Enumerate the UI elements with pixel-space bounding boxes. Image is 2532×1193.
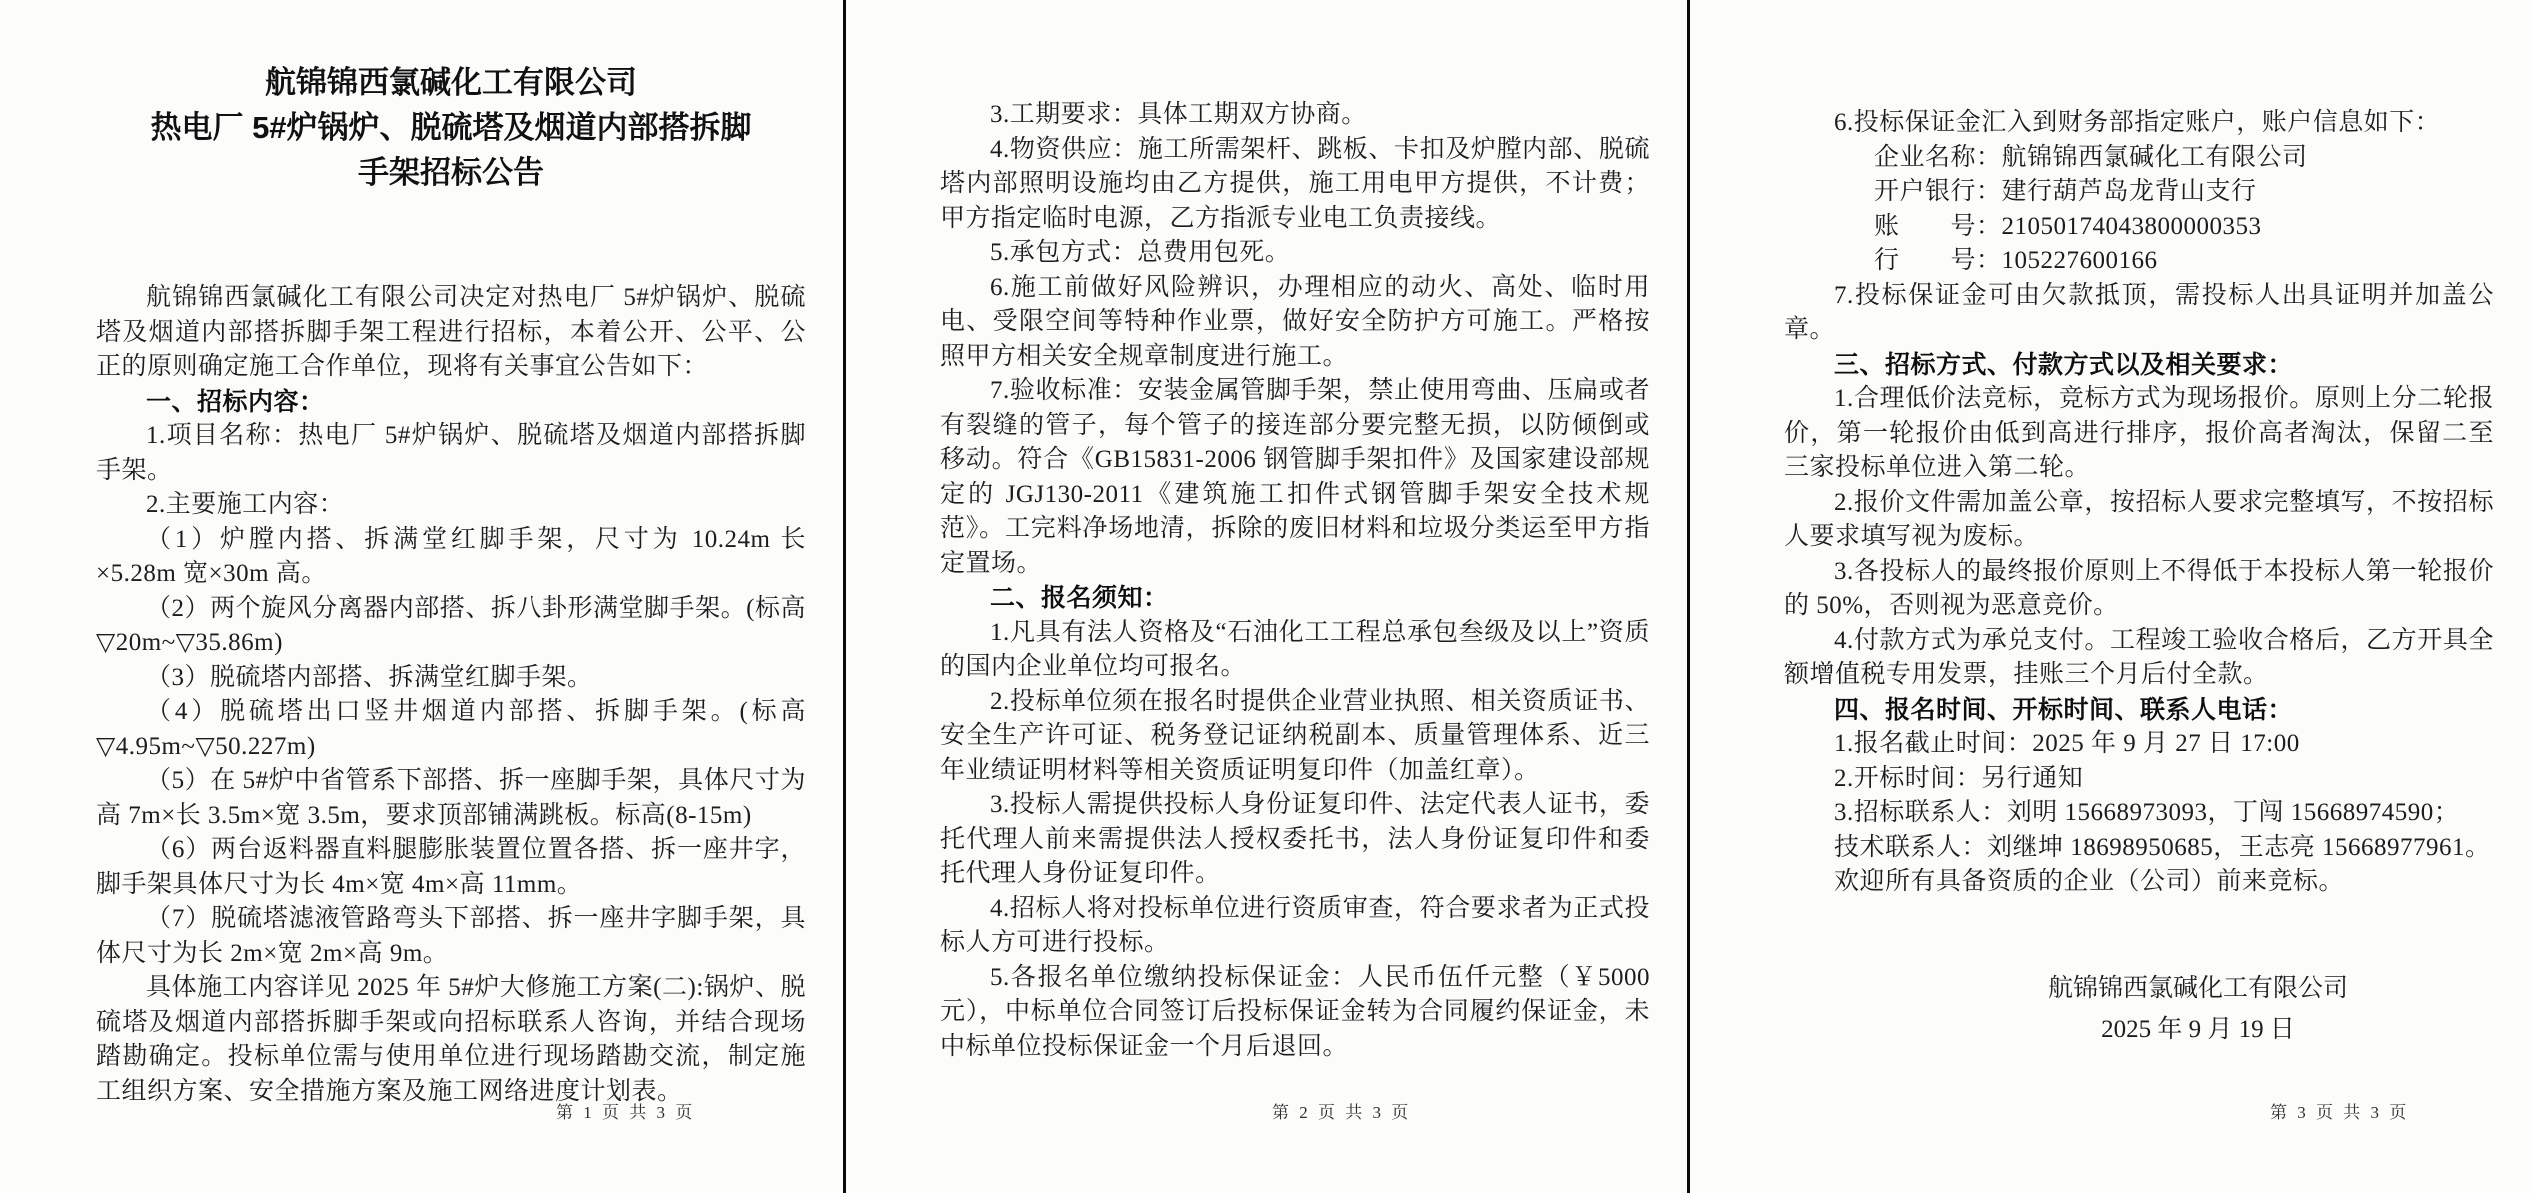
page-3: 6.投标保证金汇入到财务部指定账户，账户信息如下： 企业名称：航锦锦西氯碱化工有… <box>1688 0 2532 1193</box>
welcome-paragraph: 欢迎所有具备资质的企业（公司）前来竞标。 <box>1784 865 2494 900</box>
page-divider-2 <box>1687 0 1690 1193</box>
technical-contacts-paragraph: 技术联系人：刘继坤 18698950685，王志亮 15668977961。 <box>1784 831 2494 866</box>
document-title: 航锦锦西氯碱化工有限公司 热电厂 5#炉锅炉、脱硫塔及烟道内部搭拆脚 手架招标公… <box>96 60 806 195</box>
page-divider-1 <box>843 0 846 1193</box>
section-heading-1: 一、招标内容： <box>96 385 806 420</box>
project-name-paragraph: 1.项目名称：热电厂 5#炉锅炉、脱硫塔及烟道内部搭拆脚手架。 <box>96 419 806 488</box>
acceptance-paragraph: 7.验收标准：安装金属管脚手架，禁止使用弯曲、压扁或者有裂缝的管子，每个管子的接… <box>940 374 1650 581</box>
intro-paragraph: 航锦锦西氯碱化工有限公司决定对热电厂 5#炉锅炉、脱硫塔及烟道内部搭拆脚手架工程… <box>96 281 806 385</box>
deadline-paragraph: 1.报名截止时间：2025 年 9 月 27 日 17:00 <box>1784 727 2494 762</box>
page-footer-2: 第 2 页 共 3 页 <box>1272 1098 1411 1123</box>
signature-block: 航锦锦西氯碱化工有限公司 2025 年 9 月 19 日 <box>2024 968 2372 1050</box>
title-line-3: 手架招标公告 <box>96 150 806 195</box>
page-3-content: 6.投标保证金汇入到财务部指定账户，账户信息如下： 企业名称：航锦锦西氯碱化工有… <box>1784 0 2494 900</box>
eligibility-paragraph: 1.凡具有法人资格及“石油化工工程总承包叁级及以上”资质的国内企业单位均可报名。 <box>940 616 1650 685</box>
bank-code-line: 行 号：105227600166 <box>1784 244 2494 279</box>
account-bank-line: 开户银行：建行葫芦岛龙背山支行 <box>1784 175 2494 210</box>
final-quote-paragraph: 3.各投标人的最终报价原则上不得低于本投标人第一轮报价的 50%，否则视为恶意竞… <box>1784 555 2494 624</box>
work-item-6: （6）两台返料器直料腿膨胀装置位置各搭、拆一座井字，脚手架具体尺寸为长 4m×宽… <box>96 833 806 902</box>
documents-paragraph: 2.投标单位须在报名时提供企业营业执照、相关资质证书、安全生产许可证、税务登记证… <box>940 685 1650 789</box>
page-1-content: 航锦锦西氯碱化工有限公司 热电厂 5#炉锅炉、脱硫塔及烟道内部搭拆脚 手架招标公… <box>96 0 806 1109</box>
page-2: 3.工期要求：具体工期双方协商。 4.物资供应：施工所需架杆、跳板、卡扣及炉膛内… <box>844 0 1688 1193</box>
page-footer-1: 第 1 页 共 3 页 <box>556 1098 695 1123</box>
scanned-tender-document: { "colors": { "paper": "#fcfcfb", "ink":… <box>0 0 2532 1193</box>
title-line-1: 航锦锦西氯碱化工有限公司 <box>96 60 806 105</box>
account-company-line: 企业名称：航锦锦西氯碱化工有限公司 <box>1784 141 2494 176</box>
work-item-2: （2）两个旋风分离器内部搭、拆八卦形满堂脚手架。(标高▽20m~▽35.86m) <box>96 592 806 661</box>
main-content-paragraph: 2.主要施工内容： <box>96 488 806 523</box>
section-heading-4: 四、报名时间、开标时间、联系人电话： <box>1784 693 2494 728</box>
supply-paragraph: 4.物资供应：施工所需架杆、跳板、卡扣及炉膛内部、脱硫塔内部照明设施均由乙方提供… <box>940 133 1650 237</box>
work-item-4: （4）脱硫塔出口竖井烟道内部搭、拆脚手架。(标高▽4.95m~▽50.227m) <box>96 695 806 764</box>
opening-time-paragraph: 2.开标时间：另行通知 <box>1784 762 2494 797</box>
schedule-paragraph: 3.工期要求：具体工期双方协商。 <box>940 98 1650 133</box>
title-line-2: 热电厂 5#炉锅炉、脱硫塔及烟道内部搭拆脚 <box>96 105 806 150</box>
bidding-method-paragraph: 1.合理低价法竞标，竞标方式为现场报价。原则上分二轮报价，第一轮报价由低到高进行… <box>1784 382 2494 486</box>
page-1: 航锦锦西氯碱化工有限公司 热电厂 5#炉锅炉、脱硫塔及烟道内部搭拆脚 手架招标公… <box>0 0 844 1193</box>
tender-contacts-paragraph: 3.招标联系人：刘明 15668973093，丁闯 15668974590； <box>1784 796 2494 831</box>
safety-paragraph: 6.施工前做好风险辨识，办理相应的动火、高处、临时用电、受限空间等特种作业票，做… <box>940 271 1650 375</box>
account-number-line: 账 号：21050174043800000353 <box>1784 210 2494 245</box>
page-2-content: 3.工期要求：具体工期双方协商。 4.物资供应：施工所需架杆、跳板、卡扣及炉膛内… <box>940 0 1650 1064</box>
work-item-1: （1）炉膛内搭、拆满堂红脚手架，尺寸为 10.24m 长×5.28m 宽×30m… <box>96 523 806 592</box>
signature-company: 航锦锦西氯碱化工有限公司 <box>2024 968 2372 1009</box>
deposit-offset-paragraph: 7.投标保证金可由欠款抵顶，需投标人出具证明并加盖公章。 <box>1784 279 2494 348</box>
deposit-paragraph: 5.各报名单位缴纳投标保证金：人民币伍仟元整（￥5000 元），中标单位合同签订… <box>940 961 1650 1065</box>
payment-paragraph: 4.付款方式为承兑支付。工程竣工验收合格后，乙方开具全额增值税专用发票，挂账三个… <box>1784 624 2494 693</box>
account-intro-paragraph: 6.投标保证金汇入到财务部指定账户，账户信息如下： <box>1784 106 2494 141</box>
work-item-5: （5）在 5#炉中省管系下部搭、拆一座脚手架，具体尺寸为高 7m×长 3.5m×… <box>96 764 806 833</box>
work-item-7: （7）脱硫塔滤液管路弯头下部搭、拆一座井字脚手架，具体尺寸为长 2m×宽 2m×… <box>96 902 806 971</box>
identity-paragraph: 3.投标人需提供投标人身份证复印件、法定代表人证书，委托代理人前来需提供法人授权… <box>940 788 1650 892</box>
quote-file-paragraph: 2.报价文件需加盖公章，按招标人要求完整填写，不按招标人要求填写视为废标。 <box>1784 486 2494 555</box>
page-footer-3: 第 3 页 共 3 页 <box>2270 1098 2409 1123</box>
section-heading-2: 二、报名须知： <box>940 581 1650 616</box>
survey-paragraph: 具体施工内容详见 2025 年 5#炉大修施工方案(二):锅炉、脱硫塔及烟道内部… <box>96 971 806 1109</box>
signature-date: 2025 年 9 月 19 日 <box>2024 1009 2372 1050</box>
section-heading-3: 三、招标方式、付款方式以及相关要求： <box>1784 348 2494 383</box>
qualification-review-paragraph: 4.招标人将对投标单位进行资质审查，符合要求者为正式投标人方可进行投标。 <box>940 892 1650 961</box>
contract-mode-paragraph: 5.承包方式：总费用包死。 <box>940 236 1650 271</box>
work-item-3: （3）脱硫塔内部搭、拆满堂红脚手架。 <box>96 661 806 696</box>
